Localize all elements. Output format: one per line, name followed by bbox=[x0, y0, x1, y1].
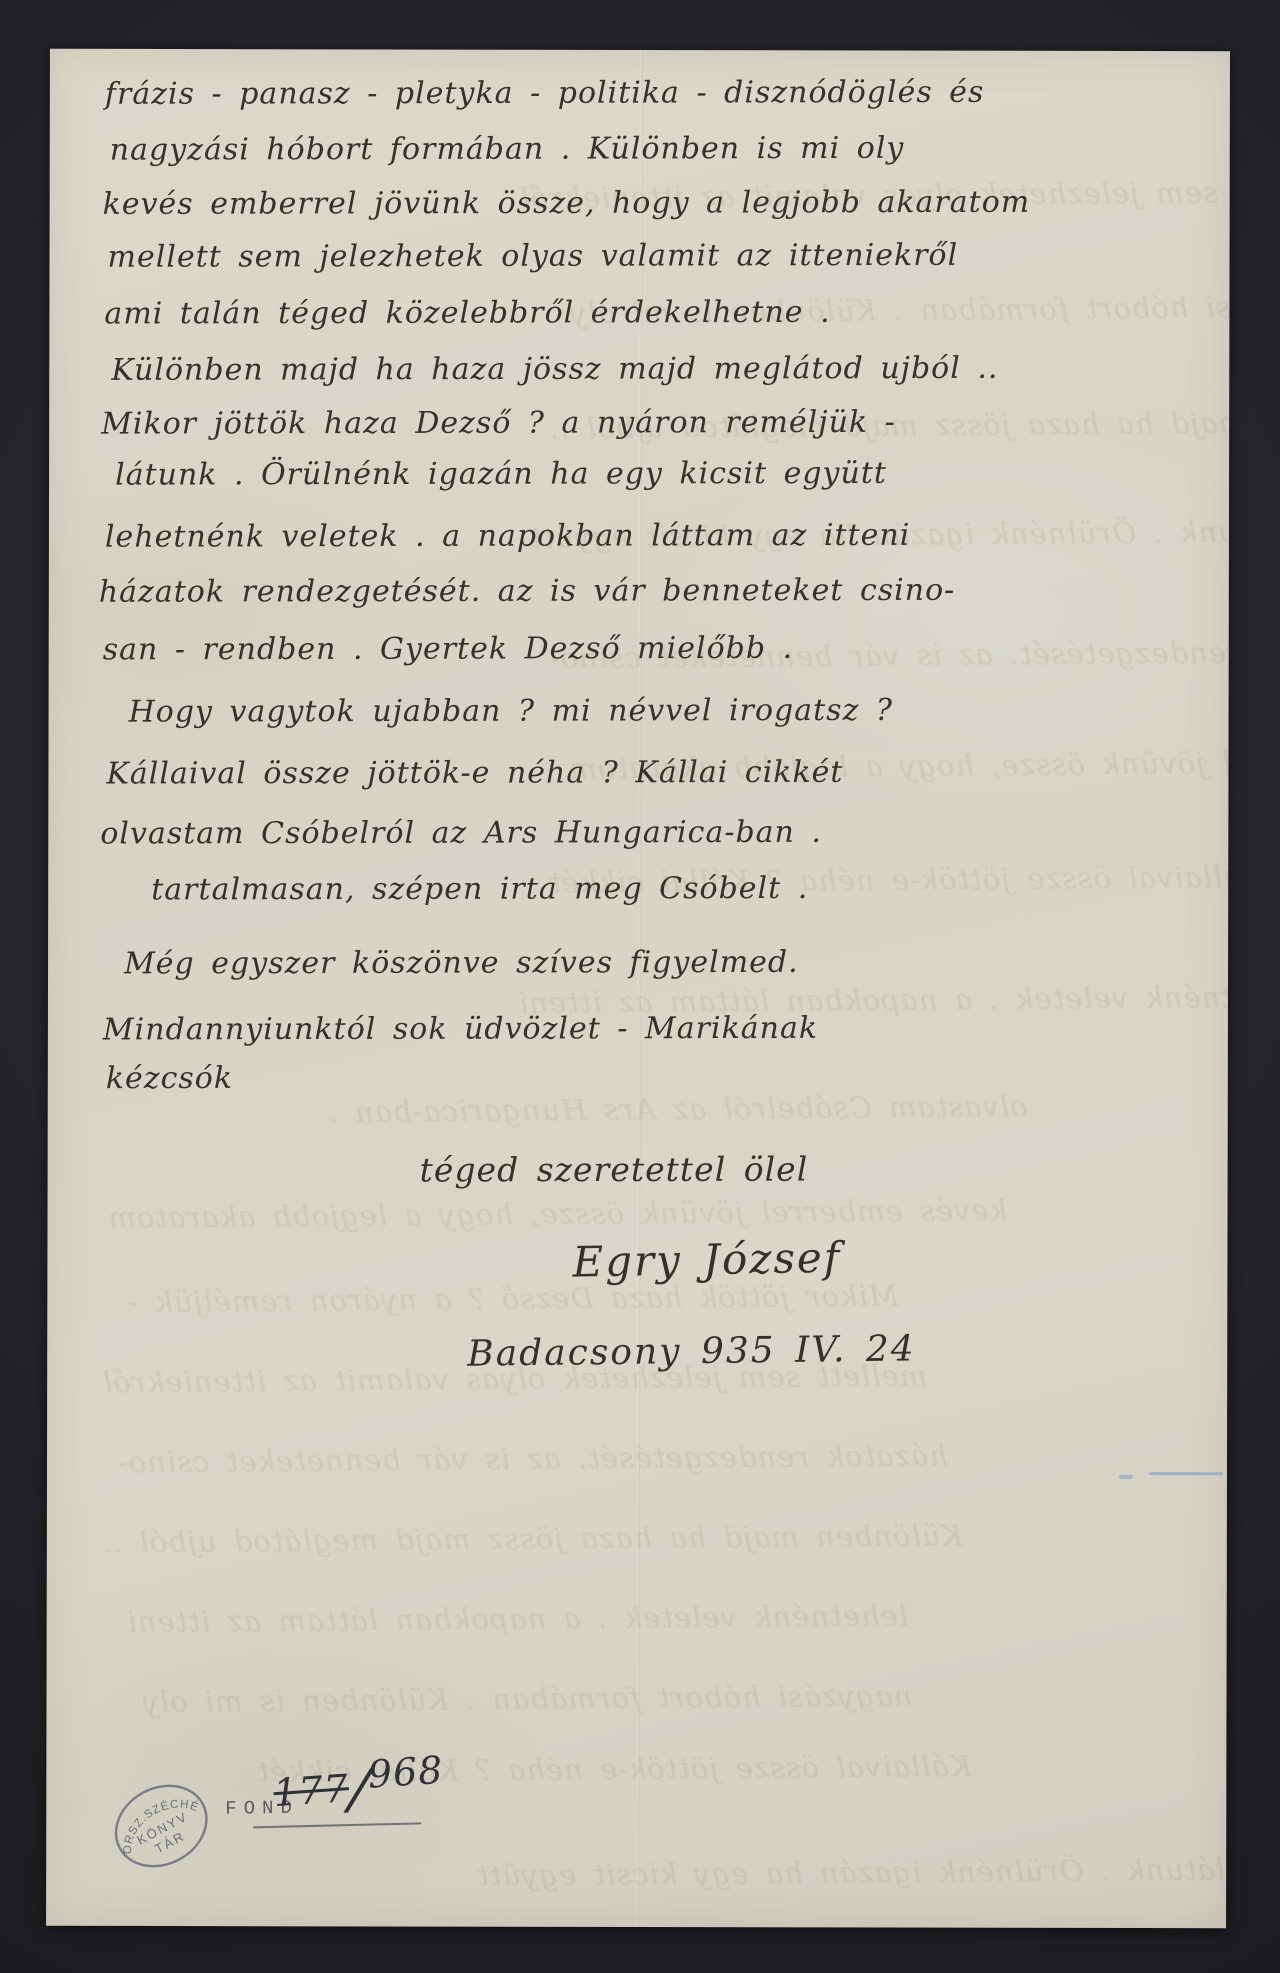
fond-number-slash: / bbox=[349, 1790, 369, 1791]
svg-text:ORSZ.SZÉCHÉNYI: ORSZ.SZÉCHÉNYI bbox=[95, 1764, 208, 1864]
handwriting-line: kevés emberrel jövünk össze, hogy a legj… bbox=[103, 188, 1031, 220]
letter-page: mellett sem jelezhetek olyas valamit az … bbox=[46, 49, 1230, 1928]
library-oval-stamp-icon: ORSZ.SZÉCHÉNYI KÖNYV TÁR bbox=[95, 1764, 227, 1889]
handwriting-line: san - rendben . Gyertek Dezső mielőbb . bbox=[103, 634, 793, 666]
stamp-arc-text: ORSZ.SZÉCHÉNYI bbox=[95, 1764, 208, 1864]
handwriting-line: ami talán téged közelebbről érdekelhetne… bbox=[104, 298, 830, 330]
show-through-text: Mikor jöttök haza Dezső ? a nyáron remél… bbox=[127, 1282, 898, 1317]
handwriting-line: tartalmasan, szépen irta meg Csóbelt . bbox=[151, 874, 808, 905]
archival-markings: ORSZ.SZÉCHÉNYI KÖNYV TÁR FOND 177/968 bbox=[101, 1769, 521, 1900]
handwriting-line: Mikor jöttök haza Dezső ? a nyáron remél… bbox=[101, 408, 896, 440]
handwriting-line: kézcsók bbox=[106, 1064, 233, 1094]
show-through-text: házatok rendezgetését. az is vár bennete… bbox=[117, 1441, 948, 1477]
fold-crease bbox=[636, 50, 643, 1927]
handwriting-line: nagyzási hóbort formában . Különben is m… bbox=[110, 134, 905, 166]
show-through-text: Különben majd ha haza jössz majd megláto… bbox=[102, 1521, 963, 1557]
handwriting-line: frázis - panasz - pletyka - politika - d… bbox=[105, 78, 985, 110]
closing-line: téged szeretettel ölel bbox=[420, 1153, 809, 1187]
fond-number-struck: 177 bbox=[272, 1766, 350, 1815]
handwriting-line: lehetnénk veletek . a napokban láttam az… bbox=[105, 521, 910, 553]
handwriting-line: Mindannyiunktól sok üdvözlet - Marikának bbox=[103, 1014, 818, 1046]
date-line: Badacsony 935 IV. 24 bbox=[467, 1331, 916, 1372]
fond-number-suffix: 968 bbox=[366, 1748, 444, 1797]
handwriting-line: Különben majd ha haza jössz majd megláto… bbox=[111, 354, 998, 386]
handwriting-line: házatok rendezgetését. az is vár bennete… bbox=[99, 576, 955, 608]
show-through-text: nagyzási hóbort formában . Különben is m… bbox=[141, 1682, 912, 1717]
show-through-text: lehetnénk veletek . a napokban láttam az… bbox=[127, 1601, 909, 1637]
handwriting-line: Kállaival össze jöttök-e néha ? Kállai c… bbox=[106, 758, 843, 790]
show-through-text: olvastam Csóbelról az Ars Hungarica-ban … bbox=[328, 1092, 1028, 1127]
handwriting-line: olvastam Csóbelról az Ars Hungarica-ban … bbox=[100, 818, 822, 850]
handwriting-line: Hogy vagytok ujabban ? mi névvel irogats… bbox=[129, 696, 893, 728]
fond-number: 177/968 bbox=[272, 1760, 446, 1815]
scan-background: { "letter": { "body_lines": [ "frázis - … bbox=[0, 0, 1280, 1973]
handwriting-line: mellett sem jelezhetek olyas valamit az … bbox=[107, 241, 958, 273]
blue-pencil-line bbox=[1149, 1472, 1223, 1475]
fond-underline bbox=[253, 1822, 421, 1828]
handwriting-line: Még egyszer köszönve szíves figyelmed. bbox=[124, 948, 799, 980]
blue-pencil-dot bbox=[1119, 1475, 1133, 1479]
handwriting-line: látunk . Örülnénk igazán ha egy kicsit e… bbox=[115, 459, 887, 491]
show-through-text: kevés emberrel jövünk össze, hogy a legj… bbox=[107, 1196, 1007, 1233]
show-through-text: látunk . Örülnénk igazán ha egy kicsit e… bbox=[476, 1855, 1225, 1890]
signature: Egry József bbox=[572, 1237, 842, 1284]
